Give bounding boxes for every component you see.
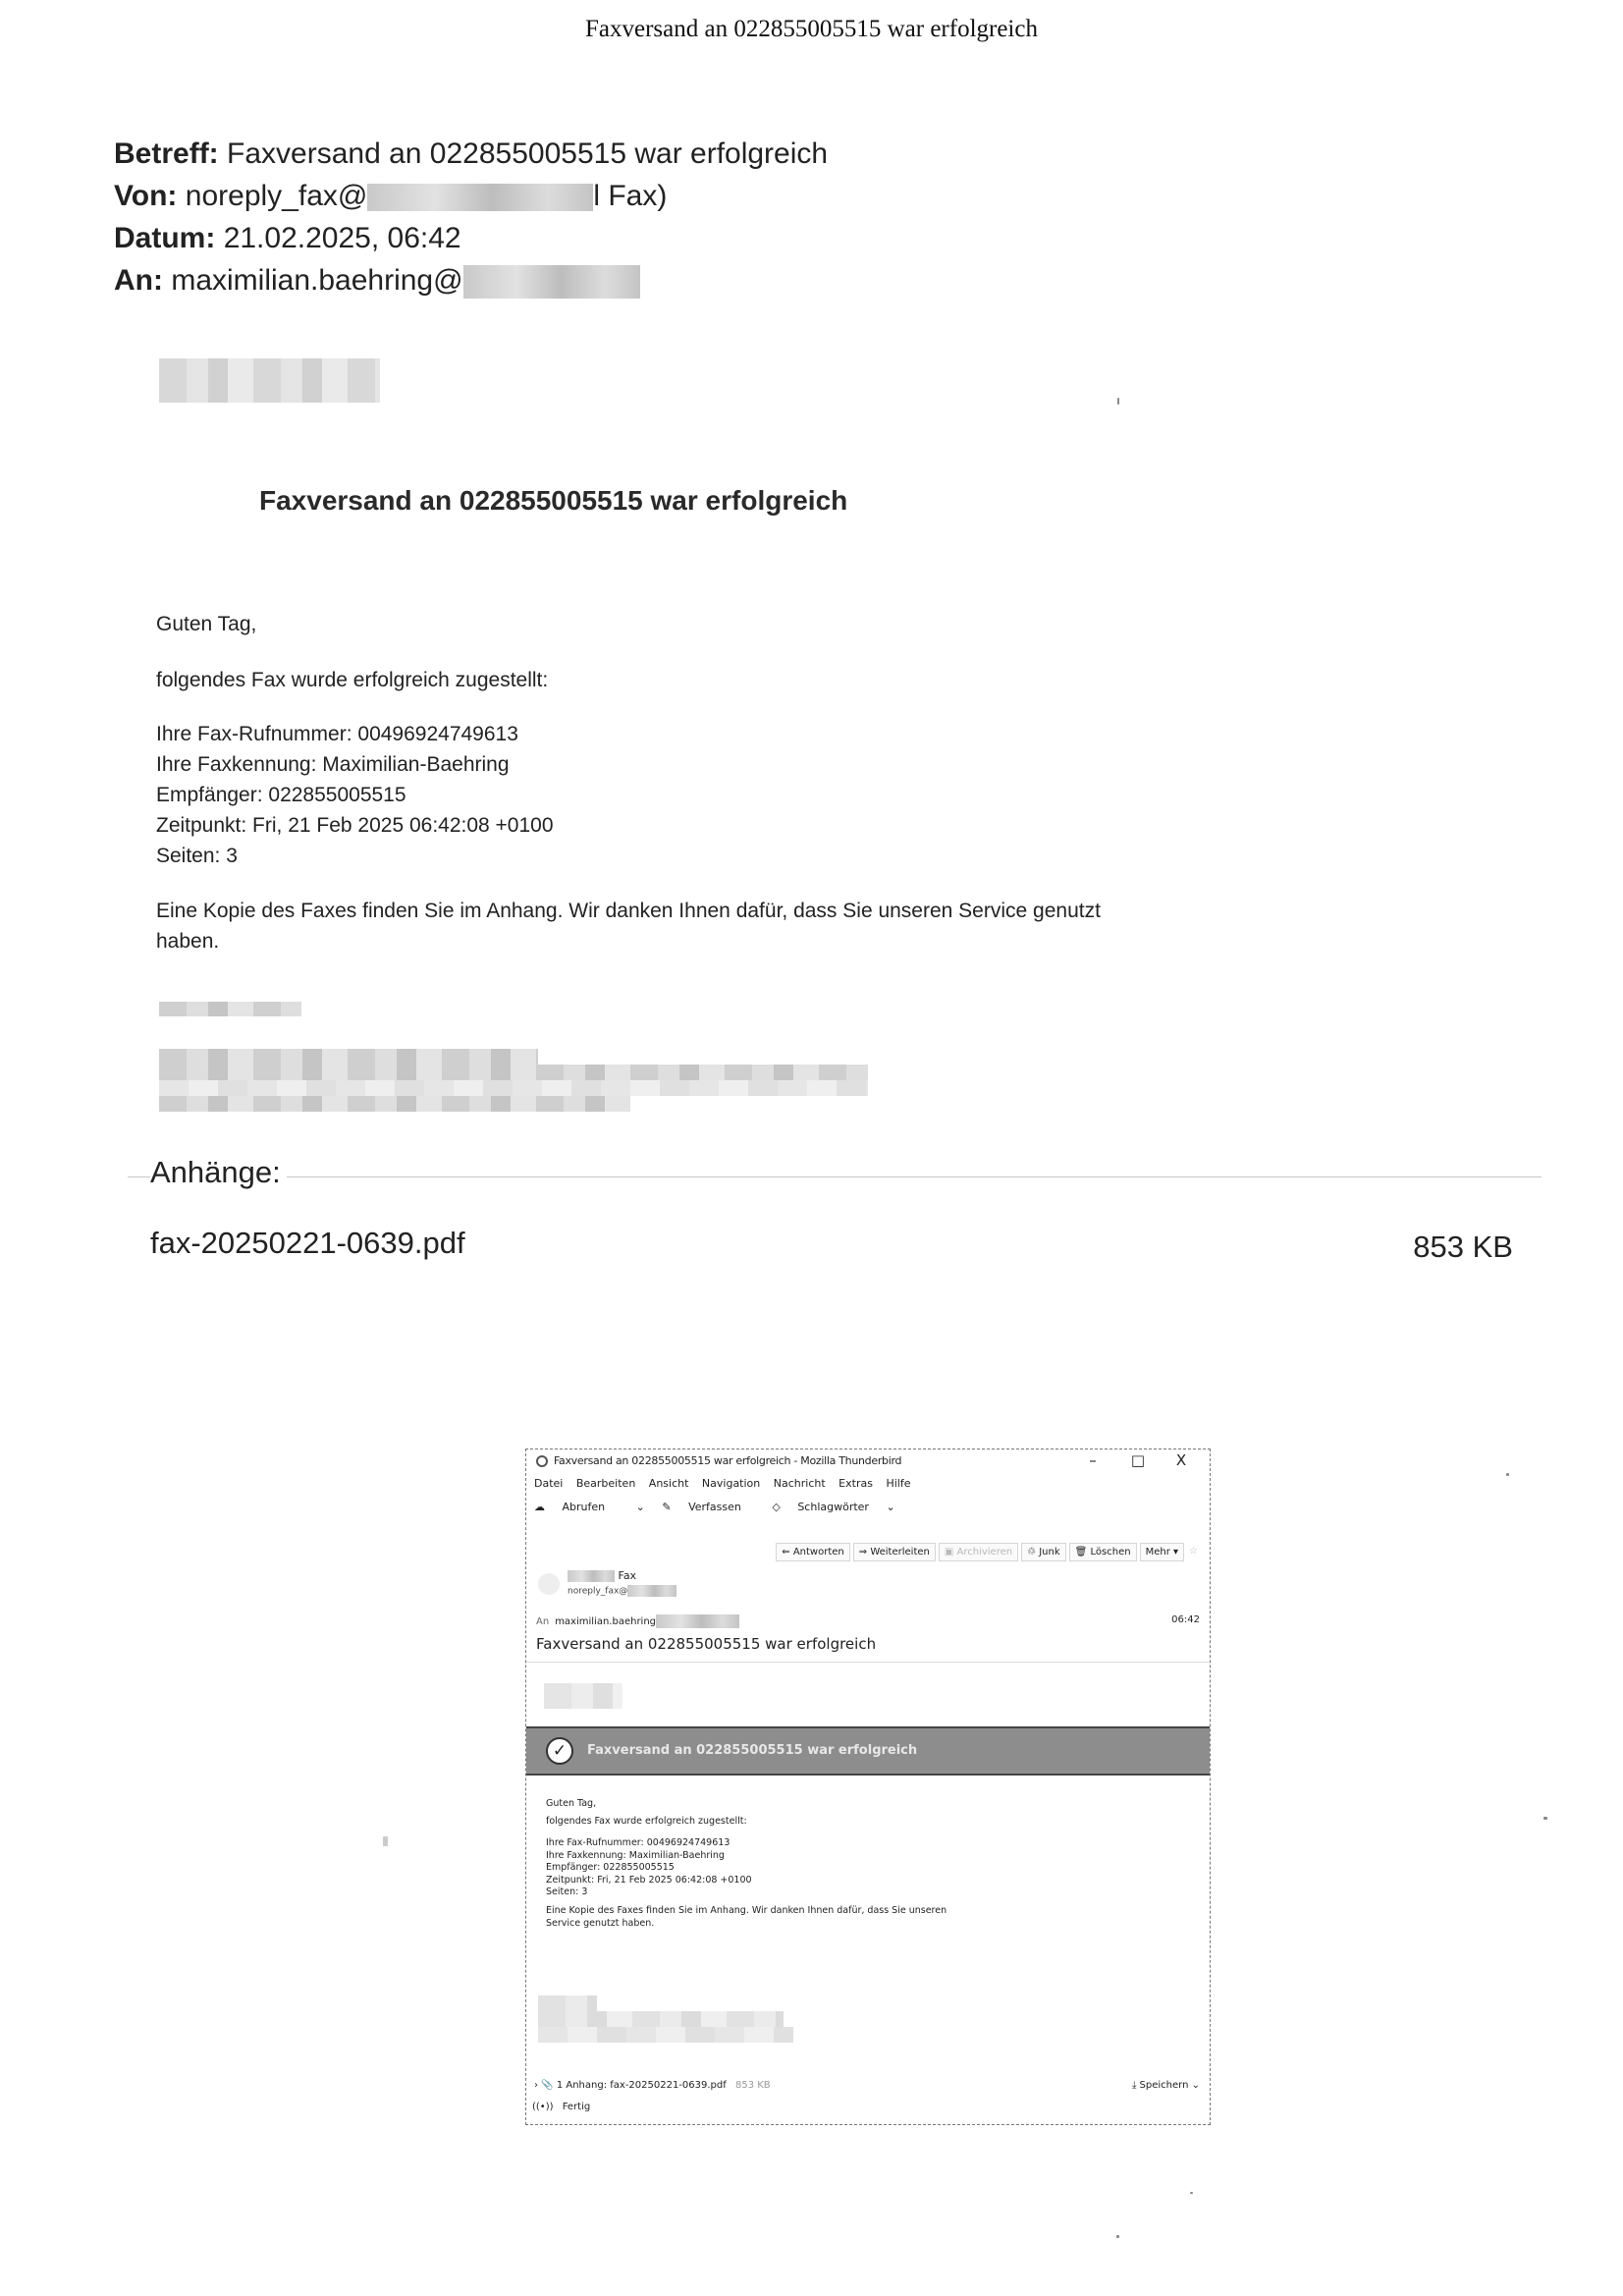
title-bar: Faxversand an 022855005515 war erfolgrei…: [526, 1449, 1210, 1473]
print-title: Faxversand an 022855005515 war erfolgrei…: [0, 16, 1623, 43]
body-greeting: Guten Tag,: [546, 1798, 596, 1811]
subject-label: Betreff:: [114, 137, 219, 170]
detail-timestamp: Zeitpunkt: Fri, 21 Feb 2025 06:42:08 +01…: [156, 810, 554, 841]
scan-speck: [1190, 2192, 1193, 2194]
closing-line-1: Eine Kopie des Faxes finden Sie im Anhan…: [156, 896, 1101, 926]
status-bar: ((•)) Fertig: [532, 2102, 590, 2112]
to-header: An: maximilian.baehring@: [114, 264, 640, 299]
to-value: maximilian.baehring@: [171, 264, 462, 297]
activity-icon: ((•)): [532, 2102, 557, 2112]
window-title: Faxversand an 022855005515 war erfolgrei…: [554, 1454, 901, 1467]
menu-hilfe[interactable]: Hilfe: [886, 1477, 910, 1490]
compose-button[interactable]: ✎ Verfassen: [662, 1501, 755, 1513]
tag-icon: ◇: [772, 1501, 784, 1513]
trash-icon: 🗑: [1075, 1547, 1091, 1558]
sender-email[interactable]: noreply_fax@: [568, 1585, 676, 1597]
header-divider: [526, 1662, 1210, 1663]
checkmark-icon: ✓: [546, 1737, 573, 1765]
save-button[interactable]: ⤓ Speichern ⌄: [1132, 2080, 1200, 2091]
menu-datei[interactable]: Datei: [534, 1477, 563, 1490]
to-label: An:: [114, 264, 163, 297]
forward-icon: ⇒: [859, 1547, 871, 1558]
redacted-signature: [538, 1995, 597, 2011]
archive-button[interactable]: ▣ Archivieren: [939, 1543, 1018, 1561]
date-value: 21.02.2025, 06:42: [224, 222, 461, 254]
reply-button[interactable]: ⇐ Antworten: [776, 1543, 849, 1561]
get-mail-button[interactable]: ☁ Abrufen: [534, 1501, 619, 1513]
body-closing: Eine Kopie des Faxes finden Sie im Anhan…: [546, 1905, 947, 1930]
redacted-signature-name: [159, 1002, 301, 1016]
scan-speck: [1117, 398, 1119, 405]
delete-button[interactable]: 🗑 Löschen: [1069, 1543, 1137, 1561]
intro: folgendes Fax wurde erfolgreich zugestel…: [156, 665, 548, 695]
archive-icon: ▣: [945, 1547, 957, 1558]
attachments-separator: [128, 1176, 1542, 1177]
thunderbird-screenshot: Faxversand an 022855005515 war erfolgrei…: [525, 1449, 1211, 2125]
cloud-download-icon: ☁: [534, 1501, 549, 1513]
closing-line-2: haben.: [156, 926, 1101, 957]
detail-pages: Seiten: 3: [156, 841, 554, 871]
message-time: 06:42: [1171, 1614, 1200, 1625]
avatar: [538, 1573, 560, 1595]
redacted-signature-line: [159, 1065, 868, 1080]
from-suffix: l Fax): [593, 180, 667, 212]
minimize-button[interactable]: –: [1078, 1451, 1108, 1469]
redacted-signature: [538, 2011, 784, 2027]
scan-speck: [1506, 1473, 1509, 1476]
body-details: Ihre Fax-Rufnummer: 00496924749613 Ihre …: [546, 1837, 752, 1899]
from-value: noreply_fax@: [186, 180, 368, 212]
expand-chevron-icon[interactable]: ›: [534, 2080, 538, 2091]
detail-fax-id: Ihre Faxkennung: Maximilian-Baehring: [156, 749, 554, 780]
success-banner: ✓ Faxversand an 022855005515 war erfolgr…: [526, 1726, 1210, 1776]
more-button[interactable]: Mehr ▾: [1140, 1543, 1184, 1561]
message-actions: ⇐ Antworten ⇒ Weiterleiten ▣ Archivieren…: [776, 1543, 1200, 1561]
to-address[interactable]: maximilian.baehring: [555, 1616, 656, 1627]
date-header: Datum: 21.02.2025, 06:42: [114, 222, 461, 255]
redacted-logo: [544, 1683, 622, 1709]
redacted-logo: [159, 358, 380, 403]
reply-icon: ⇐: [782, 1547, 793, 1558]
get-mail-dropdown[interactable]: ⌄: [636, 1501, 645, 1513]
sender-name: Fax: [568, 1569, 636, 1582]
tags-button[interactable]: ◇ Schlagwörter ⌄: [772, 1501, 894, 1513]
subject-header: Betreff: Faxversand an 022855005515 war …: [114, 137, 828, 171]
close-button[interactable]: X: [1166, 1451, 1196, 1469]
menu-bearbeiten[interactable]: Bearbeiten: [576, 1477, 635, 1490]
body-intro: folgendes Fax wurde erfolgreich zugestel…: [546, 1816, 747, 1829]
status-text: Fertig: [563, 2102, 591, 2112]
detail-recipient: Empfänger: 022855005515: [156, 780, 554, 810]
forward-button[interactable]: ⇒ Weiterleiten: [853, 1543, 936, 1561]
download-icon: ⤓: [1132, 2080, 1140, 2091]
attachment-size: 853 KB: [1413, 1230, 1513, 1265]
junk-button[interactable]: ♲ Junk: [1021, 1543, 1066, 1561]
star-icon[interactable]: ☆: [1187, 1543, 1200, 1561]
pencil-icon: ✎: [662, 1501, 675, 1513]
redacted-to: [463, 265, 640, 299]
scan-speck: [383, 1836, 388, 1846]
subject-value: Faxversand an 022855005515 war erfolgrei…: [227, 137, 828, 170]
thunderbird-logo-icon: [536, 1455, 548, 1467]
attachment-filename[interactable]: fax-20250221-0639.pdf: [150, 1226, 465, 1261]
paperclip-icon: 📎: [541, 2080, 557, 2091]
attachments-label: Anhänge:: [150, 1155, 287, 1190]
closing: Eine Kopie des Faxes finden Sie im Anhan…: [156, 896, 1101, 957]
message-heading: Faxversand an 022855005515 war erfolgrei…: [259, 485, 847, 517]
attachment-bar[interactable]: › 📎 1 Anhang: fax-20250221-0639.pdf 853 …: [534, 2080, 771, 2091]
attachment-size: 853 KB: [735, 2080, 771, 2091]
from-label: Von:: [114, 180, 177, 212]
date-label: Datum:: [114, 222, 215, 254]
maximize-button[interactable]: □: [1123, 1451, 1153, 1469]
banner-text: Faxversand an 022855005515 war erfolgrei…: [587, 1743, 917, 1758]
redacted-from: [367, 184, 593, 211]
scan-speck: [1543, 1817, 1547, 1820]
to-label: An: [536, 1616, 549, 1627]
junk-icon: ♲: [1027, 1547, 1039, 1558]
main-toolbar: ☁ Abrufen ⌄ ✎ Verfassen ◇ Schlagwörter ⌄: [534, 1501, 909, 1513]
redacted-signature-line: [159, 1096, 630, 1112]
menu-extras[interactable]: Extras: [839, 1477, 873, 1490]
menu-bar: Datei Bearbeiten Ansicht Navigation Nach…: [534, 1477, 920, 1490]
message-subject: Faxversand an 022855005515 war erfolgrei…: [536, 1635, 876, 1653]
detail-fax-number: Ihre Fax-Rufnummer: 00496924749613: [156, 719, 554, 749]
redacted-signature-line: [159, 1080, 868, 1096]
menu-ansicht[interactable]: Ansicht: [649, 1477, 689, 1490]
from-header: Von: noreply_fax@l Fax): [114, 180, 667, 213]
menu-nachricht[interactable]: Nachricht: [774, 1477, 826, 1490]
scan-speck: [1116, 2235, 1119, 2238]
fax-details: Ihre Fax-Rufnummer: 00496924749613 Ihre …: [156, 719, 554, 871]
attachment-summary[interactable]: 1 Anhang: fax-20250221-0639.pdf: [557, 2080, 727, 2091]
recipient-row: Anmaximilian.baehring: [536, 1614, 739, 1628]
greeting: Guten Tag,: [156, 609, 256, 639]
redacted-signature-line: [159, 1049, 538, 1065]
menu-navigation[interactable]: Navigation: [702, 1477, 760, 1490]
redacted-signature: [538, 2027, 793, 2043]
